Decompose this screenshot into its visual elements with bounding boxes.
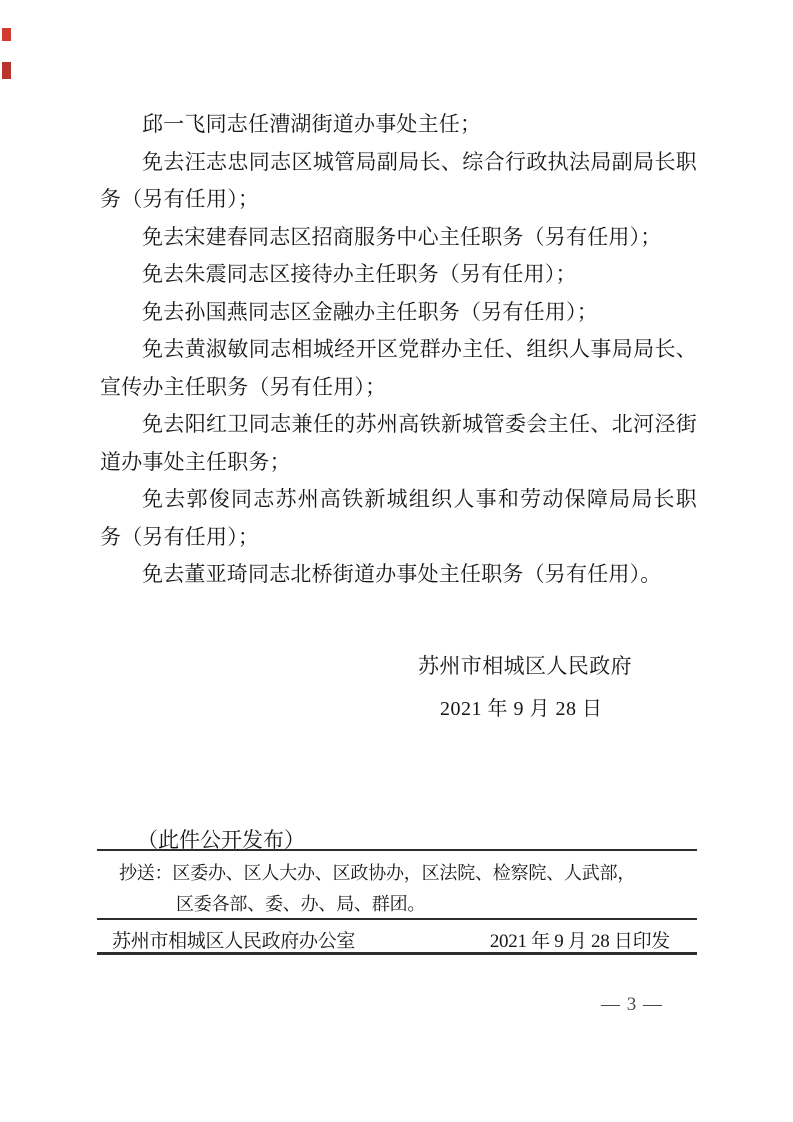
body-line: 宣传办主任职务（另有任用）；: [100, 369, 697, 407]
document-page: 邱一飞同志任漕湖街道办事处主任； 免去汪志忠同志区城管局副局长、综合行政执法局副…: [0, 0, 793, 1122]
body-line: 免去郭俊同志苏州高铁新城组织人事和劳动保障局局长职: [100, 481, 697, 519]
signature-date: 2021 年 9 月 28 日: [440, 692, 603, 721]
separator-rule-middle: [97, 918, 697, 920]
body-line: 邱一飞同志任漕湖街道办事处主任；: [100, 106, 697, 144]
signature-issuer: 苏州市相城区人民政府: [418, 650, 632, 680]
body-line: 务（另有任用）；: [100, 519, 697, 557]
red-scan-mark: [2, 28, 11, 41]
body-line: 免去孙国燕同志区金融办主任职务（另有任用）；: [100, 294, 697, 332]
separator-rule-bottom: [97, 952, 697, 955]
body-line: 免去董亚琦同志北桥街道办事处主任职务（另有任用）。: [100, 556, 697, 594]
body-line: 免去黄淑敏同志相城经开区党群办主任、组织人事局局长、: [100, 331, 697, 369]
red-scan-mark: [2, 62, 11, 79]
body-line: 务（另有任用）；: [100, 181, 697, 219]
body-line: 免去阳红卫同志兼任的苏州高铁新城管委会主任、北河泾街: [100, 406, 697, 444]
page-number: — 3 —: [601, 994, 663, 1016]
body-line: 免去汪志忠同志区城管局副局长、综合行政执法局副局长职: [100, 144, 697, 182]
body-line: 免去宋建春同志区招商服务中心主任职务（另有任用）；: [100, 219, 697, 257]
copy-to-line-1: 抄送：区委办、区人大办、区政协办，区法院、检察院、人武部，: [119, 859, 635, 885]
copy-to-line-2: 区委各部、委、办、局、群团。: [176, 890, 425, 916]
separator-rule-top: [97, 849, 697, 851]
body-line: 免去朱震同志区接待办主任职务（另有任用）；: [100, 256, 697, 294]
document-body: 邱一飞同志任漕湖街道办事处主任； 免去汪志忠同志区城管局副局长、综合行政执法局副…: [100, 106, 697, 594]
imprint-print-date: 2021 年 9 月 28 日印发: [490, 926, 670, 953]
imprint-office: 苏州市相城区人民政府办公室: [112, 926, 355, 953]
body-line: 道办事处主任职务；: [100, 444, 697, 482]
